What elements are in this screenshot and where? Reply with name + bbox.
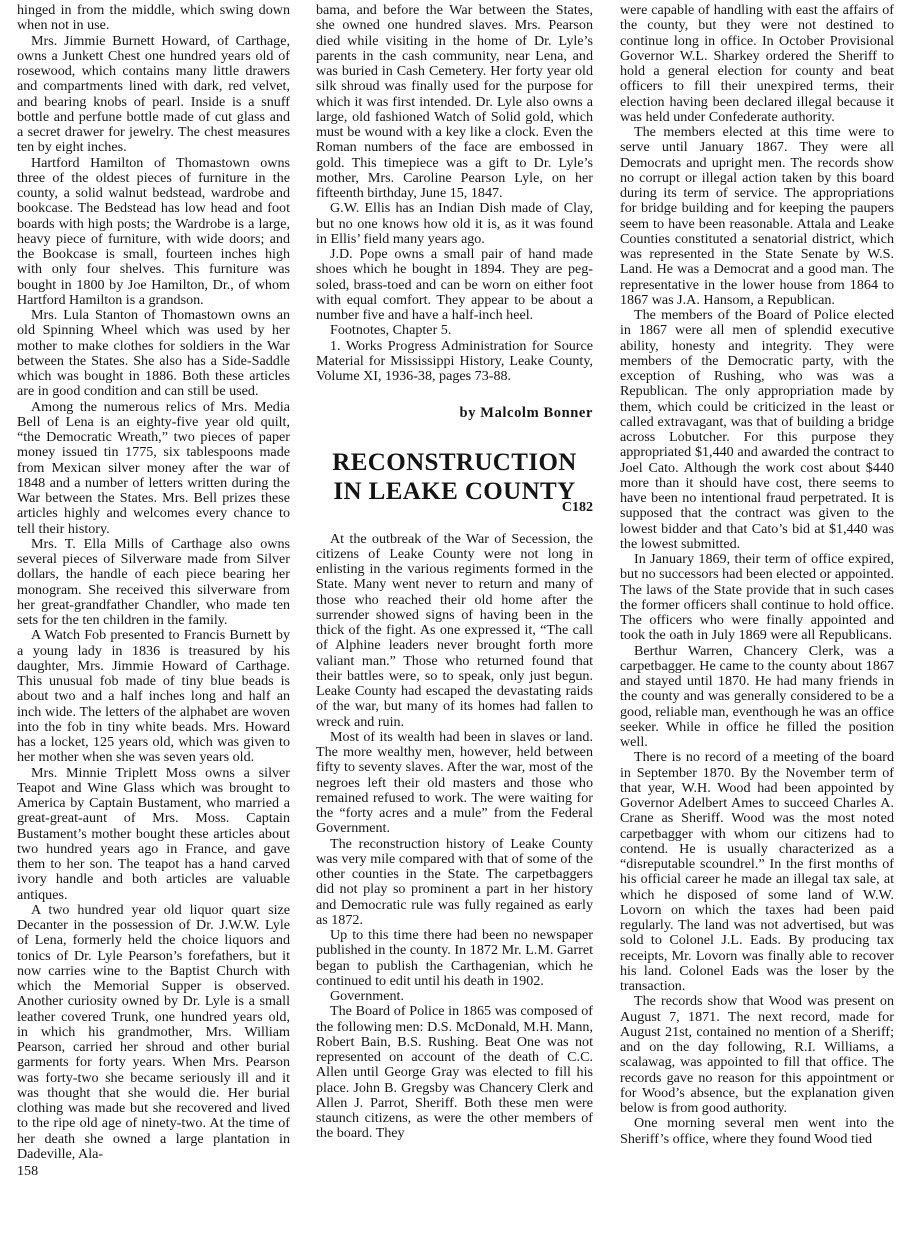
- paragraph: The members of the Board of Police elect…: [620, 308, 894, 552]
- paragraph: G.W. Ellis has an Indian Dish made of Cl…: [316, 201, 593, 247]
- column-2: bama, and before the War between the Sta…: [316, 3, 593, 1142]
- column-1: hinged in from the middle, which swing d…: [17, 3, 290, 1179]
- paragraph: J.D. Pope owns a small pair of hand made…: [316, 247, 593, 323]
- chapter-title: RECONSTRUCTION IN LEAKE COUNTY: [316, 448, 593, 506]
- paragraph: The records show that Wood was present o…: [620, 994, 894, 1116]
- paragraph: The Board of Police in 1865 was composed…: [316, 1004, 593, 1141]
- paragraph: A Watch Fob presented to Francis Burnett…: [17, 628, 290, 765]
- footnote: 1. Works Progress Administration for Sou…: [316, 339, 593, 385]
- section-heading: Government.: [316, 989, 593, 1004]
- paragraph: Mrs. Lula Stanton of Thomastown owns an …: [17, 308, 290, 400]
- paragraph: Mrs. T. Ella Mills of Carthage also owns…: [17, 537, 290, 629]
- footnotes-heading: Footnotes, Chapter 5.: [316, 323, 593, 338]
- paragraph: There is no record of a meeting of the b…: [620, 750, 894, 994]
- chapter-title-line-1: RECONSTRUCTION: [316, 448, 593, 477]
- paragraph-continued: were capable of handling with east the a…: [620, 3, 894, 125]
- paragraph: Hartford Hamilton of Thomastown owns thr…: [17, 156, 290, 309]
- paragraph-continued: hinged in from the middle, which swing d…: [17, 3, 290, 34]
- paragraph: The reconstruction history of Leake Coun…: [316, 837, 593, 929]
- byline: by Malcolm Bonner: [316, 406, 593, 421]
- paragraph: Among the numerous relics of Mrs. Media …: [17, 400, 290, 537]
- paragraph: The members elected at this time were to…: [620, 125, 894, 308]
- paragraph: In January 1869, their term of office ex…: [620, 552, 894, 644]
- paragraph: A two hundred year old liquor quart size…: [17, 903, 290, 1162]
- paragraph: Up to this time there had been no newspa…: [316, 928, 593, 989]
- paragraph: Most of its wealth had been in slaves or…: [316, 730, 593, 837]
- column-3: were capable of handling with east the a…: [620, 3, 894, 1147]
- paragraph: Mrs. Jimmie Burnett Howard, of Carthage,…: [17, 34, 290, 156]
- paragraph: One morning several men went into the Sh…: [620, 1116, 894, 1147]
- paragraph-continued: bama, and before the War between the Sta…: [316, 3, 593, 201]
- paragraph: Mrs. Minnie Triplett Moss owns a silver …: [17, 766, 290, 903]
- chapter-title-line-2: IN LEAKE COUNTY: [316, 477, 593, 506]
- paragraph: At the outbreak of the War of Secession,…: [316, 532, 593, 730]
- paragraph: Berthur Warren, Chancery Clerk, was a ca…: [620, 644, 894, 751]
- page-number: 158: [17, 1164, 290, 1179]
